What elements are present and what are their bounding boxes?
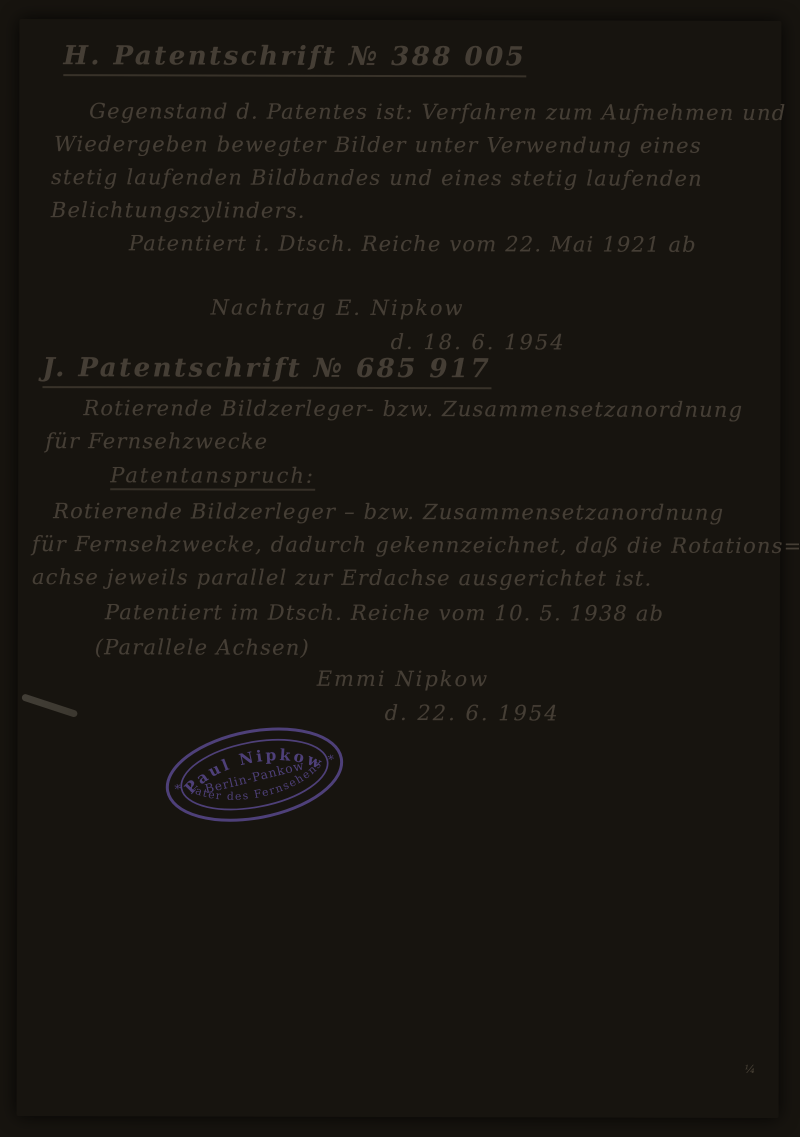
- patent-685917-heading: J. Patentschrift № 685 917: [42, 353, 491, 389]
- patent-388005-patented-line: Patentiert i. Dtsch. Reiche vom 22. Mai …: [129, 231, 697, 256]
- patent-685917-patented-line: Patentiert im Dtsch. Reiche vom 10. 5. 1…: [105, 600, 664, 625]
- stamp-oval-icon: Paul Nipkow Berlin-Pankow Vater des Fern…: [153, 711, 355, 839]
- addendum-date: d. 18. 6. 1954: [391, 330, 566, 354]
- patent-388005-body-line: stetig laufenden Bildbandes und eines st…: [51, 165, 703, 191]
- paul-nipkow-stamp: Paul Nipkow Berlin-Pankow Vater des Fern…: [153, 711, 355, 839]
- claim-line: für Fernsehzwecke, dadurch gekennzeichne…: [32, 532, 800, 558]
- stamp-star-right-icon: *: [327, 752, 336, 767]
- claim-line: Rotierende Bildzerleger – bzw. Zusammens…: [53, 499, 724, 525]
- patent-685917-title-line: Rotierende Bildzerleger- bzw. Zusammense…: [83, 396, 743, 422]
- signature-date: d. 22. 6. 1954: [385, 701, 560, 725]
- patent-388005-body-line: Gegenstand d. Patentes ist: Verfahren zu…: [89, 99, 786, 125]
- pencil-smudge: [21, 693, 78, 718]
- manuscript-page: H. Patentschrift № 388 005 Gegenstand d.…: [17, 19, 782, 1118]
- patent-388005-body-line: Wiedergeben bewegter Bilder unter Verwen…: [54, 132, 702, 158]
- parallel-axes-note: (Parallele Achsen): [95, 635, 310, 660]
- patent-388005-heading: H. Patentschrift № 388 005: [63, 41, 526, 77]
- claim-heading: Patentanspruch:: [110, 463, 315, 491]
- patent-388005-body-line: Belichtungszylinders.: [51, 198, 306, 223]
- emmi-nipkow-signature: Emmi Nipkow: [317, 667, 489, 691]
- claim-line: achse jeweils parallel zur Erdachse ausg…: [32, 565, 652, 591]
- addendum-signature: Nachtrag E. Nipkow: [211, 296, 465, 321]
- photograph-of-document: { "page": { "background_color": "#17140f…: [0, 0, 800, 1137]
- marginalia-mark: ¼: [745, 1063, 756, 1076]
- patent-685917-title-line: für Fernsehzwecke: [45, 429, 268, 454]
